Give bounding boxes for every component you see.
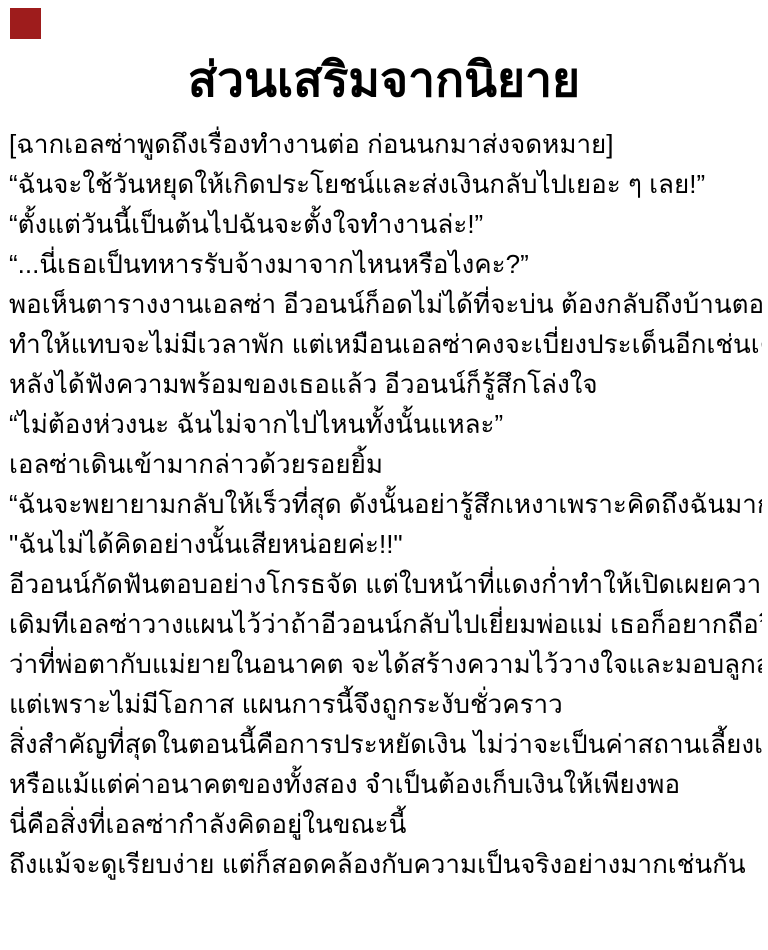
text-line: “ไม่ต้องห่วงนะ ฉันไม่จากไปไหนทั้งนั้นแหล…: [9, 404, 762, 444]
text-line: ว่าที่พ่อตากับแม่ยายในอนาคต จะได้สร้างคว…: [9, 644, 762, 684]
red-corner-marker: [10, 8, 41, 39]
body-text: [ฉากเอลซ่าพูดถึงเรื่องทำงานต่อ ก่อนนกมาส…: [0, 124, 768, 884]
text-line: อีวอนน์กัดฟันตอบอย่างโกรธจัด แต่ใบหน้าที…: [9, 564, 762, 604]
text-line: ถึงแม้จะดูเรียบง่าย แต่ก็สอดคล้องกับความ…: [9, 844, 762, 884]
text-line: “ฉันจะพยายามกลับให้เร็วที่สุด ดังนั้นอย่…: [9, 484, 762, 524]
text-line: หลังได้ฟังความพร้อมของเธอแล้ว อีวอนน์ก็ร…: [9, 364, 762, 404]
text-line: ทำให้แทบจะไม่มีเวลาพัก แต่เหมือนเอลซ่าคง…: [9, 324, 762, 364]
novel-extra-page: ส่วนเสริมจากนิยาย [ฉากเอลซ่าพูดถึงเรื่อง…: [0, 0, 768, 950]
text-line: สิ่งสำคัญที่สุดในตอนนี้คือการประหยัดเงิน…: [9, 724, 762, 764]
text-line: นี่คือสิ่งที่เอลซ่ากำลังคิดอยู่ในขณะนี้: [9, 804, 762, 844]
text-line: "ฉันไม่ได้คิดอย่างนั้นเสียหน่อยค่ะ!!": [9, 524, 762, 564]
text-line: เดิมทีเอลซ่าวางแผนไว้ว่าถ้าอีวอนน์กลับไป…: [9, 604, 762, 644]
text-line: “ตั้งแต่วันนี้เป็นต้นไปฉันจะตั้งใจทำงานล…: [9, 204, 762, 244]
text-line: “ฉันจะใช้วันหยุดให้เกิดประโยชน์และส่งเงิ…: [9, 164, 762, 204]
page-title: ส่วนเสริมจากนิยาย: [10, 46, 758, 116]
text-line: [ฉากเอลซ่าพูดถึงเรื่องทำงานต่อ ก่อนนกมาส…: [9, 124, 762, 164]
text-line: “...นี่เธอเป็นทหารรับจ้างมาจากไหนหรือไงค…: [9, 244, 762, 284]
text-line: พอเห็นตารางงานเอลซ่า อีวอนน์ก็อดไม่ได้ที…: [9, 284, 762, 324]
text-line: แต่เพราะไม่มีโอกาส แผนการนี้จึงถูกระงับช…: [9, 684, 762, 724]
text-line: เอลซ่าเดินเข้ามากล่าวด้วยรอยยิ้ม: [9, 444, 762, 484]
text-line: หรือแม้แต่ค่าอนาคตของทั้งสอง จำเป็นต้องเ…: [9, 764, 762, 804]
